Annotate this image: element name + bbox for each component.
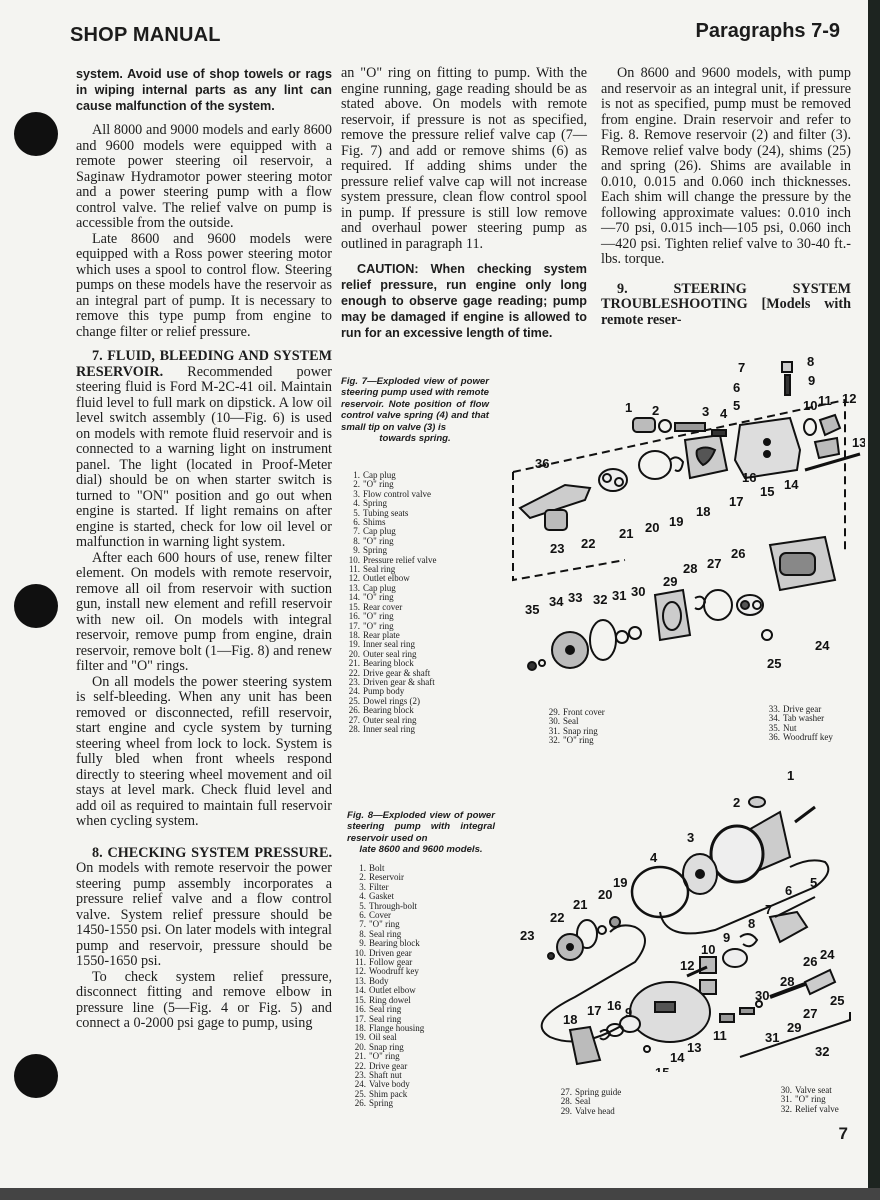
svg-text:5: 5 [733, 398, 740, 413]
binder-hole [14, 584, 58, 628]
svg-text:8: 8 [807, 354, 814, 369]
svg-text:13: 13 [687, 1040, 701, 1055]
svg-text:21: 21 [619, 526, 633, 541]
svg-text:16: 16 [742, 470, 756, 485]
svg-text:36: 36 [535, 456, 549, 471]
svg-text:9: 9 [625, 1005, 632, 1020]
svg-text:26: 26 [803, 954, 817, 969]
binder-hole [14, 1054, 58, 1098]
svg-text:2: 2 [652, 403, 659, 418]
svg-text:27: 27 [707, 556, 721, 571]
legend-item: 32.Relief valve [778, 1105, 839, 1114]
svg-text:4: 4 [720, 406, 728, 421]
svg-text:16: 16 [607, 998, 621, 1013]
paragraph: After each 600 hours of use, renew filte… [76, 551, 332, 675]
svg-text:33: 33 [568, 590, 582, 605]
svg-text:23: 23 [550, 541, 564, 556]
svg-text:7: 7 [738, 360, 745, 375]
legend-item: 28.Inner seal ring [346, 725, 436, 734]
svg-text:32: 32 [815, 1044, 829, 1059]
svg-text:13: 13 [852, 435, 865, 450]
svg-text:9: 9 [808, 373, 815, 388]
svg-text:29: 29 [787, 1020, 801, 1035]
svg-text:14: 14 [670, 1050, 685, 1065]
svg-text:4: 4 [650, 850, 658, 865]
svg-text:20: 20 [598, 887, 612, 902]
svg-text:15: 15 [760, 484, 774, 499]
figure-8-exploded-diagram: 123 456 789 101211 131415 91617 181920 2… [515, 762, 865, 1072]
warning-text: system. Avoid use of shop towels or rags… [76, 66, 332, 114]
legend-item: 26.Spring [352, 1099, 424, 1108]
svg-text:24: 24 [820, 947, 835, 962]
svg-text:12: 12 [680, 958, 694, 973]
page-edge-shadow [0, 1188, 880, 1200]
svg-text:17: 17 [729, 494, 743, 509]
paragraph: On 8600 and 9600 models, with pump and r… [601, 66, 851, 268]
figure-7-legend-c: 33.Drive gear34.Tab washer35.Nut36.Woodr… [766, 705, 833, 743]
svg-text:19: 19 [669, 514, 683, 529]
svg-text:1: 1 [625, 400, 632, 415]
text-column-2: an "O" ring on fitting to pump. With the… [341, 66, 587, 341]
figure-8-legend-c: 30.Valve seat31."O" ring32.Relief valve [778, 1086, 839, 1114]
svg-text:30: 30 [631, 584, 645, 599]
svg-text:3: 3 [687, 830, 694, 845]
figure-8-caption: Fig. 8—Exploded view of power steering p… [347, 810, 495, 856]
section-heading: 9. STEERING SYSTEM TROUBLESHOOTING [Mode… [601, 282, 851, 329]
figure-8-legend: 1.Bolt2.Reservoir3.Filter4.Gasket5.Throu… [352, 864, 424, 1109]
text-column-1: system. Avoid use of shop towels or rags… [76, 66, 332, 1032]
paragraph: All 8000 and 9000 models and early 8600 … [76, 123, 332, 232]
svg-text:18: 18 [696, 504, 710, 519]
svg-text:10: 10 [803, 398, 817, 413]
figure-7-caption: Fig. 7—Exploded view of power steering p… [341, 376, 489, 444]
caution-text: CAUTION: When checking system relief pre… [341, 261, 587, 341]
svg-text:8: 8 [748, 916, 755, 931]
svg-text:6: 6 [785, 883, 792, 898]
paragraph: Late 8600 and 9600 models were equipped … [76, 232, 332, 341]
svg-text:25: 25 [830, 993, 844, 1008]
svg-text:21: 21 [573, 897, 587, 912]
paragraph: On all models the power steering system … [76, 675, 332, 830]
svg-text:9: 9 [723, 930, 730, 945]
svg-text:27: 27 [803, 1006, 817, 1021]
svg-text:5: 5 [810, 875, 817, 890]
svg-text:23: 23 [520, 928, 534, 943]
svg-text:22: 22 [550, 910, 564, 925]
svg-text:34: 34 [549, 594, 564, 609]
svg-text:26: 26 [731, 546, 745, 561]
svg-text:2: 2 [733, 795, 740, 810]
svg-text:11: 11 [818, 393, 832, 408]
svg-text:29: 29 [663, 574, 677, 589]
svg-text:24: 24 [815, 638, 830, 653]
figure-7-exploded-diagram: 789 6510 111213 1234 361615 141718 19202… [505, 350, 865, 690]
legend-item: 32."O" ring [546, 736, 605, 745]
svg-text:31: 31 [612, 588, 626, 603]
section-7: 7. FLUID, BLEEDING AND SYSTEM RESERVOIR.… [76, 349, 332, 551]
page-number: 7 [839, 1124, 848, 1144]
svg-text:1: 1 [787, 768, 794, 783]
svg-text:15: 15 [655, 1065, 669, 1072]
svg-text:28: 28 [683, 561, 697, 576]
figure-8-legend-b: 27.Spring guide28.Seal29.Valve head [558, 1088, 621, 1116]
page-edge-shadow [868, 0, 880, 1200]
running-header-left: SHOP MANUAL [70, 24, 221, 47]
text-column-3: On 8600 and 9600 models, with pump and r… [601, 66, 851, 328]
section-8: 8. CHECKING SYSTEM PRESSURE. On models w… [76, 846, 332, 970]
paragraph: To check system relief pressure, disconn… [76, 970, 332, 1032]
svg-text:3: 3 [702, 404, 709, 419]
svg-text:31: 31 [765, 1030, 779, 1045]
legend-item: 29.Valve head [558, 1107, 621, 1116]
section-heading: 8. CHECKING SYSTEM PRESSURE. [92, 845, 332, 861]
svg-text:30: 30 [755, 988, 769, 1003]
figure-7-legend-b: 29.Front cover30.Seal31.Snap ring32."O" … [546, 708, 605, 746]
svg-text:18: 18 [563, 1012, 577, 1027]
figure-7-legend: 1.Cap plug2."O" ring3.Flow control valve… [346, 471, 436, 734]
running-header-right: Paragraphs 7-9 [695, 20, 840, 43]
svg-text:22: 22 [581, 536, 595, 551]
svg-text:7: 7 [765, 902, 772, 917]
svg-text:19: 19 [613, 875, 627, 890]
svg-text:6: 6 [733, 380, 740, 395]
paragraph: an "O" ring on fitting to pump. With the… [341, 66, 587, 252]
svg-text:11: 11 [713, 1028, 727, 1043]
manual-page: SHOP MANUAL Paragraphs 7-9 system. Avoid… [0, 0, 868, 1188]
svg-text:17: 17 [587, 1003, 601, 1018]
svg-text:10: 10 [701, 942, 715, 957]
svg-text:28: 28 [780, 974, 794, 989]
svg-text:25: 25 [767, 656, 781, 671]
svg-text:32: 32 [593, 592, 607, 607]
svg-text:12: 12 [842, 391, 856, 406]
svg-text:14: 14 [784, 477, 799, 492]
svg-text:20: 20 [645, 520, 659, 535]
binder-hole [14, 112, 58, 156]
svg-text:35: 35 [525, 602, 539, 617]
legend-item: 36.Woodruff key [766, 733, 833, 742]
